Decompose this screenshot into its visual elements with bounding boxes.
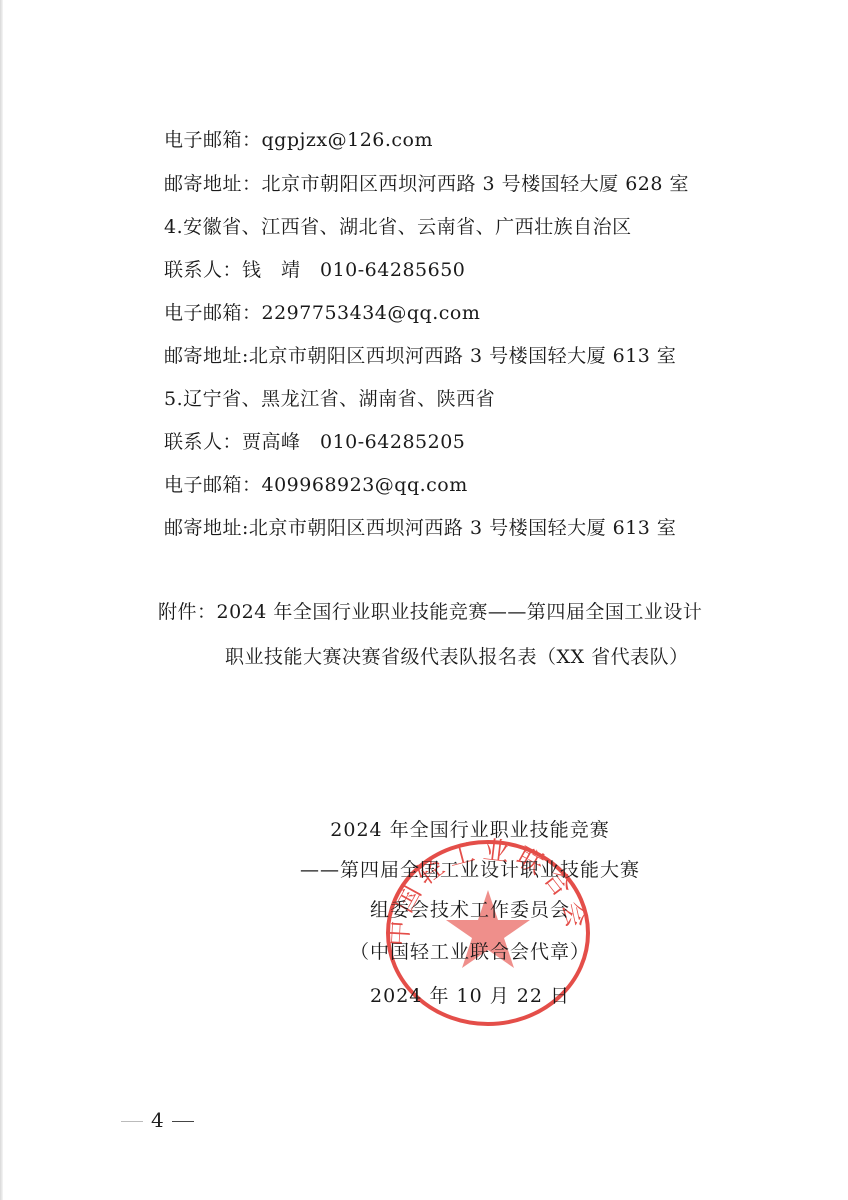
group5-contact: 联系人：贾高峰 010-64285205 [164, 430, 465, 454]
group4-email: 电子邮箱：2297753434@qq.com [164, 301, 480, 325]
email-line-top: 电子邮箱：qgpjzx@126.com [164, 128, 433, 152]
address-line-top: 邮寄地址：北京市朝阳区西坝河西路 3 号楼国轻大厦 628 室 [164, 172, 689, 196]
scan-edge [0, 0, 3, 1200]
group4-contact: 联系人：钱 靖 010-64285650 [164, 258, 465, 282]
page-dash-left [121, 1121, 143, 1122]
group4-heading: 4.安徽省、江西省、湖北省、云南省、广西壮族自治区 [164, 215, 632, 239]
group5-heading: 5.辽宁省、黑龙江省、湖南省、陕西省 [164, 387, 495, 411]
page-number: 4 [113, 1108, 202, 1132]
signature-line-2: ——第四届全国工业设计职业技能大赛 [46, 858, 848, 882]
page-number-value: 4 [151, 1108, 164, 1132]
attachment-line-1: 附件：2024 年全国行业职业技能竞赛——第四届全国工业设计 [158, 600, 702, 624]
page-dash-right [172, 1121, 194, 1122]
group5-email: 电子邮箱：409968923@qq.com [164, 473, 468, 497]
signature-line-1: 2024 年全国行业职业技能竞赛 [46, 818, 848, 842]
signature-line-4: （中国轻工业联合会代章） [46, 940, 848, 964]
attachment-line-2: 职业技能大赛决赛省级代表队报名表（XX 省代表队） [225, 645, 689, 669]
signature-line-3: 组委会技术工作委员会 [46, 898, 848, 922]
signature-date: 2024 年 10 月 22 日 [46, 984, 848, 1008]
svg-text:中国轻工业联合会: 中国轻工业联合会 [384, 838, 592, 947]
group4-address: 邮寄地址:北京市朝阳区西坝河西路 3 号楼国轻大厦 613 室 [164, 344, 676, 368]
group5-address: 邮寄地址:北京市朝阳区西坝河西路 3 号楼国轻大厦 613 室 [164, 516, 676, 540]
